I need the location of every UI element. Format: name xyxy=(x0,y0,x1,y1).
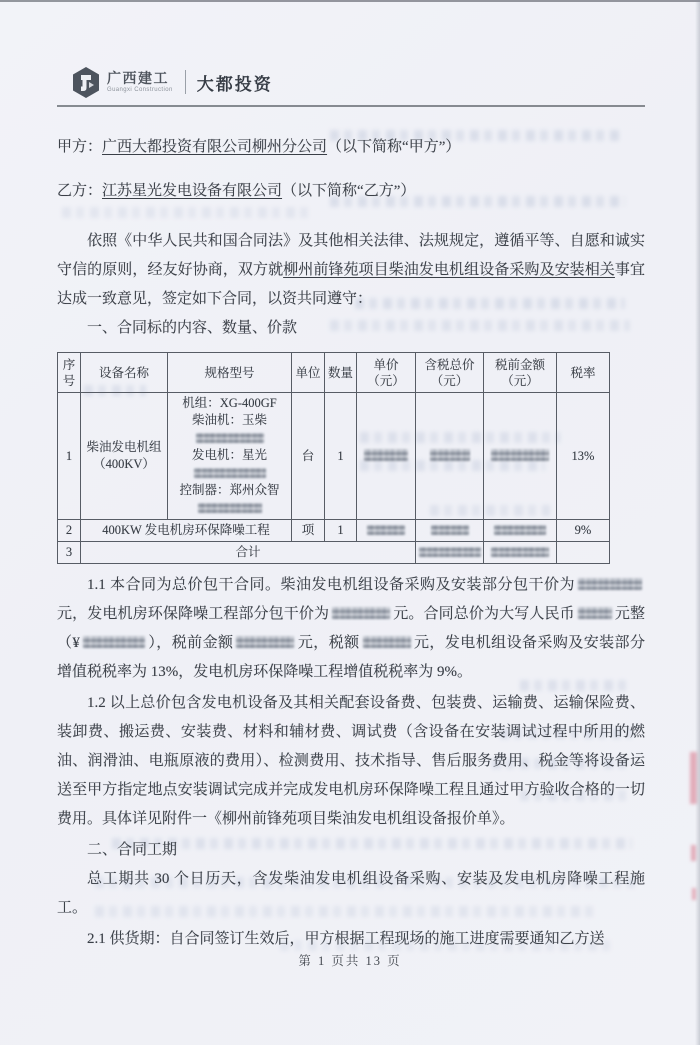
col-seq: 序号 xyxy=(58,353,81,393)
contract-items-table: 序号 设备名称 规格型号 单位 数量 单价（元） 含税总价（元） 税前金额（元）… xyxy=(57,352,610,564)
section-2-heading: 二、合同工期 xyxy=(57,836,645,865)
clause-1-1-text: 元，发电机房环保降噪工程部分包干价为 xyxy=(57,606,329,622)
table-row: 3 合计 xyxy=(58,542,610,564)
col-unit: 单位 xyxy=(292,353,325,393)
row3-total-label: 合计 xyxy=(81,542,416,564)
row1-unit: 台 xyxy=(292,393,325,520)
row1-tax-rate: 13% xyxy=(557,393,610,520)
scanned-contract-page: 广西建工 Guangxi Construction 大都投资 甲方：广西大都投资… xyxy=(0,0,700,1045)
col-pretax-amount: 税前金额（元） xyxy=(484,353,557,393)
table-row: 1 柴油发电机组（400KV） 机组：XG-400GF 柴油机：玉柴 发电机：星… xyxy=(58,393,610,520)
redacted-value xyxy=(431,525,469,535)
party-a-name: 广西大都投资有限公司柳州分公司 xyxy=(102,139,327,155)
row2-unit-price xyxy=(357,520,416,542)
redacted-amount xyxy=(236,636,294,648)
header-rule xyxy=(57,105,645,107)
row3-pretax xyxy=(484,542,557,564)
col-tax-rate: 税率 xyxy=(557,353,610,393)
redacted-amount xyxy=(332,607,390,619)
redacted-value xyxy=(198,503,262,513)
table-row: 2 400KW 发电机房环保降噪工程 项 1 9% xyxy=(58,520,610,542)
party-b-label: 乙方： xyxy=(57,183,102,199)
clause-1-1-text: 1.1 本合同为总价包干合同。柴油发电机组设备采购及安装部分包干价为 xyxy=(87,577,575,593)
clause-1-1-text: 元，税额 xyxy=(297,635,359,651)
logo-dadu-investment: 大都投资 xyxy=(197,70,273,95)
party-a-line: 甲方：广西大都投资有限公司柳州分公司（以下简称“甲方”） xyxy=(57,133,645,162)
party-b-name: 江苏星光发电设备有限公司 xyxy=(102,183,282,199)
redacted-value xyxy=(491,449,549,461)
logo-guangxi-construction: 广西建工 xyxy=(107,71,173,85)
preamble-underlined-subject: 柳州前锋苑项目柴油发电机组设备采购及安装相关 xyxy=(283,262,615,278)
row2-total xyxy=(416,520,484,542)
col-qty: 数量 xyxy=(325,353,357,393)
section-1-heading: 一、合同标的内容、数量、价款 xyxy=(57,314,645,343)
guangxi-construction-logo-icon xyxy=(72,67,100,98)
redacted-amount xyxy=(578,607,612,619)
clause-1-2: 1.2 以上总价包含发电机设备及其相关配套设备费、包装费、运输费、运输保险费、装… xyxy=(57,689,645,834)
row1-device: 柴油发电机组（400KV） xyxy=(81,393,168,520)
document-content: 广西建工 Guangxi Construction 大都投资 甲方：广西大都投资… xyxy=(0,0,700,954)
row3-total xyxy=(416,542,484,564)
party-a-suffix: （以下简称“甲方”） xyxy=(327,139,460,155)
logo-text-block: 广西建工 Guangxi Construction xyxy=(107,71,173,93)
row1-pretax xyxy=(484,393,557,520)
redacted-value xyxy=(194,468,266,478)
row3-seq: 3 xyxy=(58,542,81,564)
row2-pretax xyxy=(484,520,557,542)
row1-qty: 1 xyxy=(325,393,357,520)
redacted-amount xyxy=(578,578,642,590)
preamble-paragraph: 依照《中华人民共和国合同法》及其他相关法律、法规规定，遵循平等、自愿和诚实守信的… xyxy=(57,227,645,314)
row1-unit-price xyxy=(357,393,416,520)
row2-name: 400KW 发电机房环保降噪工程 xyxy=(81,520,292,542)
party-b-suffix: （以下简称“乙方”） xyxy=(282,183,415,199)
redacted-value xyxy=(419,547,481,557)
logo-divider xyxy=(185,70,186,94)
row1-spec: 机组：XG-400GF 柴油机：玉柴 发电机：星光 控制器：郑州众智 xyxy=(168,393,292,520)
row2-qty: 1 xyxy=(325,520,357,542)
letterhead: 广西建工 Guangxi Construction 大都投资 xyxy=(72,64,700,100)
clause-1-1: 1.1 本合同为总价包干合同。柴油发电机组设备采购及安装部分包干价为元，发电机房… xyxy=(57,571,645,687)
table-header-row: 序号 设备名称 规格型号 单位 数量 单价（元） 含税总价（元） 税前金额（元）… xyxy=(58,353,610,393)
page-footer: 第 1 页共 13 页 xyxy=(0,951,700,969)
clause-1-1-text: ），税前金额 xyxy=(148,635,234,651)
spec-diesel-engine: 柴油机：玉柴 xyxy=(170,412,289,430)
section-2-body: 总工期共 30 个日历天，含发柴油发电机组设备采购、安装及发电机房降噪工程施工。 xyxy=(57,865,645,923)
page-right-edge xyxy=(695,0,700,1045)
redacted-amount xyxy=(363,636,411,648)
redacted-value xyxy=(494,525,546,535)
col-device-name: 设备名称 xyxy=(81,353,168,393)
spec-generator: 发电机：星光 xyxy=(170,447,289,465)
row2-unit: 项 xyxy=(292,520,325,542)
redacted-value xyxy=(196,433,264,443)
redacted-value xyxy=(430,449,470,461)
row3-tax-rate xyxy=(557,542,610,564)
party-a-label: 甲方： xyxy=(57,139,102,155)
row2-tax-rate: 9% xyxy=(557,520,610,542)
clause-1-1-text: 元。合同总价为大写人民币 xyxy=(393,606,575,622)
row1-total xyxy=(416,393,484,520)
col-unit-price: 单价（元） xyxy=(357,353,416,393)
col-total-with-tax: 含税总价（元） xyxy=(416,353,484,393)
spec-controller: 控制器：郑州众智 xyxy=(170,482,289,500)
logo-subtitle: Guangxi Construction xyxy=(107,87,173,93)
col-spec-model: 规格型号 xyxy=(168,353,292,393)
row1-seq: 1 xyxy=(58,393,81,520)
clause-2-1: 2.1 供货期：自合同签订生效后，甲方根据工程现场的施工进度需要通知乙方送 xyxy=(57,925,645,954)
party-b-line: 乙方：江苏星光发电设备有限公司（以下简称“乙方”） xyxy=(57,177,645,206)
redacted-value xyxy=(367,525,405,535)
row2-seq: 2 xyxy=(58,520,81,542)
spec-unit-model: 机组：XG-400GF xyxy=(170,395,289,413)
redacted-amount xyxy=(83,636,145,648)
redacted-value xyxy=(364,449,408,461)
redacted-value xyxy=(491,547,549,557)
